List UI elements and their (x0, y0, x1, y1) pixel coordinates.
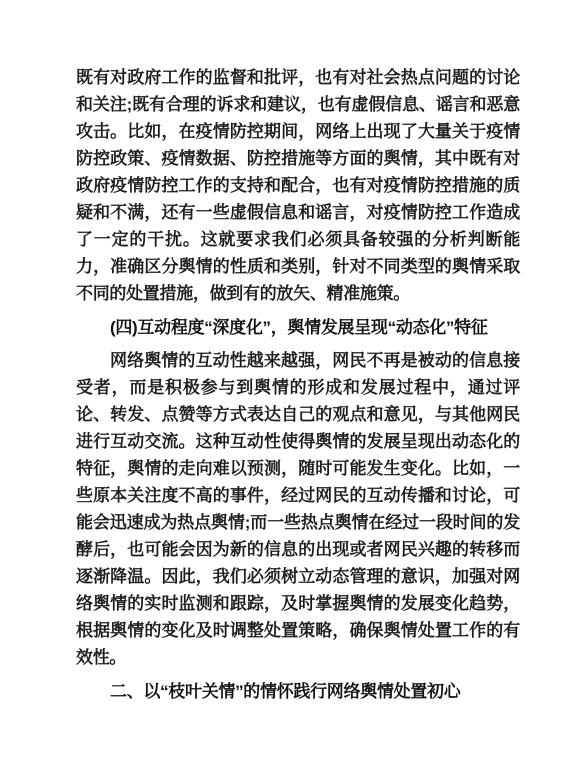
section-heading-2-mission: 二、以“枝叶关情”的情怀践行网络舆情处置初心 (76, 678, 520, 705)
paragraph-continuation: 既有对政府工作的监督和批评，也有对社会热点问题的讨论和关注;既有合理的诉求和建议… (76, 64, 520, 307)
paragraph-interaction-dynamics: 网络舆情的互动性越来越强，网民不再是被动的信息接受者，而是积极参与到舆情的形成和… (76, 347, 520, 671)
document-page: 既有对政府工作的监督和批评，也有对社会热点问题的讨论和关注;既有合理的诉求和建议… (0, 0, 586, 759)
section-heading-4-interaction: (四)互动程度“深度化”，舆情发展呈现“动态化”特征 (76, 314, 520, 341)
